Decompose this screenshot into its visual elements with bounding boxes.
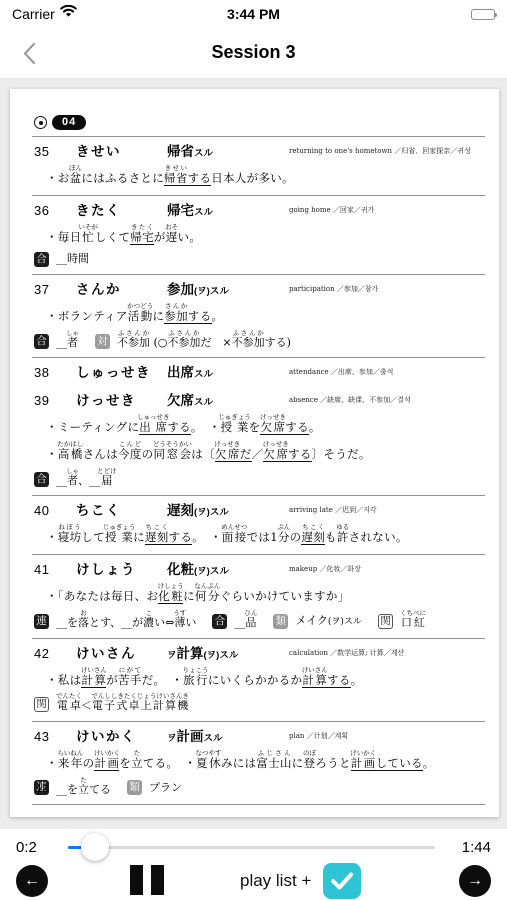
status-bar: Carrier 3:44 PM bbox=[0, 0, 507, 26]
vocab-entry: 42 けいさん ヲ計算(ヲ)スル calculation ／数学运算; 计算／계… bbox=[32, 638, 485, 721]
vocab-kana: けいさん bbox=[76, 644, 167, 663]
vocab-translation: participation ／参加／참가 bbox=[289, 280, 485, 294]
vocab-note: 関電卓でんたく＜電子式卓上計算機でんししきたくじょうけいさんき bbox=[32, 692, 485, 717]
vocab-term: 出席スル bbox=[167, 363, 213, 384]
vocab-kana: しゅっせき bbox=[76, 363, 167, 382]
vocab-term: ヲ計算(ヲ)スル bbox=[167, 644, 238, 665]
note-text: __者しゃ bbox=[56, 329, 79, 354]
checkmark-icon bbox=[330, 871, 354, 891]
note-badge-対: 対 bbox=[95, 334, 110, 349]
vocab-number: 36 bbox=[34, 201, 76, 220]
vocab-term: 遅刻(ヲ)スル bbox=[167, 501, 229, 522]
vocab-number: 43 bbox=[34, 727, 76, 746]
vocab-translation: arriving late ／迟到／지각 bbox=[289, 501, 485, 515]
battery-icon bbox=[471, 9, 495, 20]
playlist-checkbox[interactable] bbox=[323, 863, 361, 899]
note-text: 電卓でんたく＜電子式卓上計算機でんししきたくじょうけいさんき bbox=[56, 692, 189, 717]
vocab-example: ・「あなたは毎日、お化粧けしょうに何分なんぷんぐらいかけていますか」 bbox=[32, 582, 485, 609]
audio-disc-icon bbox=[34, 116, 47, 129]
vocab-translation: makeup ／化妆／화장 bbox=[289, 560, 485, 574]
page-number: 12 bbox=[36, 783, 48, 795]
wifi-icon bbox=[60, 5, 77, 23]
vocab-entry: 41 けしょう 化粧(ヲ)スル makeup ／化妆／화장・「あなたは毎日、お化… bbox=[32, 554, 485, 637]
vocab-note: 連__を落おとす、__が濃こい⇔薄うすい合__品ひん類メイク(ヲ)スル関口紅くち… bbox=[32, 609, 485, 634]
note-badge-合: 合 bbox=[34, 334, 49, 349]
note-text: メイク(ヲ)スル bbox=[295, 611, 362, 632]
vocab-translation: going home ／回家／귀가 bbox=[289, 201, 485, 215]
total-time: 1:44 bbox=[443, 839, 491, 856]
clock: 3:44 PM bbox=[132, 6, 375, 22]
chevron-left-icon bbox=[23, 42, 36, 65]
note-text: __品ひん bbox=[234, 609, 257, 634]
pause-button[interactable] bbox=[130, 865, 168, 895]
vocab-example: ・毎日忙いそがしくて帰宅きたくが遅おそい。 bbox=[32, 223, 485, 250]
vocab-list: 35 きせい 帰省スル returning to one's hometown … bbox=[32, 136, 485, 805]
controls-row: ← play list + → bbox=[0, 863, 507, 900]
vocab-head: 35 きせい 帰省スル returning to one's hometown … bbox=[32, 140, 485, 164]
content-area: 04 35 きせい 帰省スル returning to one's hometo… bbox=[0, 79, 507, 829]
next-track-button[interactable]: → bbox=[459, 865, 491, 897]
note-text: __を落おとす、__が濃こい⇔薄うすい bbox=[56, 609, 196, 634]
playlist-group: play list + bbox=[240, 863, 361, 899]
vocab-head: 38 しゅっせき 出席スル attendance ／出席、参加／출석 bbox=[32, 361, 485, 385]
vocab-head: 39 けっせき 欠席スル absence ／缺席、缺课、不参加／결석 bbox=[32, 389, 485, 413]
vocab-head: 41 けしょう 化粧(ヲ)スル makeup ／化妆／화장 bbox=[32, 558, 485, 582]
pause-icon bbox=[130, 865, 143, 895]
note-text: __時間 bbox=[56, 249, 89, 270]
vocab-entry: 38 しゅっせき 出席スル attendance ／出席、参加／출석 bbox=[32, 357, 485, 389]
vocab-translation: attendance ／出席、参加／출석 bbox=[289, 363, 485, 377]
vocab-entry: 39 けっせき 欠席スル absence ／缺席、缺课、不参加／결석・ミーティン… bbox=[32, 389, 485, 495]
nav-bar: Session 3 bbox=[0, 26, 507, 79]
vocab-entry: 43 けいかく ヲ計画スル plan ／计划／계획・来年らいねんの計画けいかくを… bbox=[32, 721, 485, 804]
vocab-note: 合__者しゃ対不参加ふさんか (○不参加ふさんかだ ×不参加ふさんかする) bbox=[32, 329, 485, 354]
vocab-term: 帰宅スル bbox=[167, 201, 213, 222]
vocab-example: ・寝坊ねぼうして授業じゅぎょうに遅刻ちこくする。 ・面接めんせつでは1分ぷんの遅… bbox=[32, 523, 485, 550]
page-title: Session 3 bbox=[211, 42, 295, 63]
vocab-entry: 40 ちこく 遅刻(ヲ)スル arriving late ／迟到／지각・寝坊ねぼ… bbox=[32, 495, 485, 554]
vocab-number: 41 bbox=[34, 560, 76, 579]
vocab-kana: さんか bbox=[76, 280, 167, 299]
vocab-kana: ちこく bbox=[76, 501, 167, 520]
note-badge-関: 関 bbox=[34, 697, 49, 712]
vocab-example: ・私は計算けいさんが苦手にがてだ。 ・旅行りょこうにいくらかかるか計算けいさんす… bbox=[32, 666, 485, 693]
vocab-entry: 36 きたく 帰宅スル going home ／回家／귀가・毎日忙いそがしくて帰… bbox=[32, 195, 485, 274]
vocab-head: 40 ちこく 遅刻(ヲ)スル arriving late ／迟到／지각 bbox=[32, 499, 485, 523]
vocab-note: 合__者しゃ、__届とどけ bbox=[32, 467, 485, 492]
note-text: 不参加ふさんか (○不参加ふさんかだ ×不参加ふさんかする) bbox=[117, 329, 291, 354]
vocab-note: 連__を立たてる類プラン bbox=[32, 776, 485, 801]
vocab-head: 37 さんか 参加(ヲ)スル participation ／参加／참가 bbox=[32, 278, 485, 302]
progress-slider[interactable] bbox=[68, 846, 435, 849]
vocab-number: 37 bbox=[34, 280, 76, 299]
vocab-head: 43 けいかく ヲ計画スル plan ／计划／계획 bbox=[32, 725, 485, 749]
audio-player: 0:2 1:44 ← play list + → bbox=[0, 829, 507, 900]
vocab-number: 38 bbox=[34, 363, 76, 382]
vocab-translation: plan ／计划／계획 bbox=[289, 727, 485, 741]
vocab-term: ヲ計画スル bbox=[167, 727, 223, 748]
slider-thumb[interactable] bbox=[81, 833, 109, 861]
note-text: 口紅くちべに bbox=[400, 609, 426, 634]
note-text: プラン bbox=[149, 778, 182, 799]
vocab-translation: calculation ／数学运算; 计算／계산 bbox=[289, 644, 485, 658]
previous-track-button[interactable]: ← bbox=[16, 865, 48, 897]
vocab-number: 42 bbox=[34, 644, 76, 663]
vocab-number: 40 bbox=[34, 501, 76, 520]
vocab-number: 39 bbox=[34, 391, 76, 410]
playlist-label: play list + bbox=[240, 871, 311, 891]
vocab-term: 参加(ヲ)スル bbox=[167, 280, 229, 301]
vocab-example: ・来年らいねんの計画けいかくを立たてる。 ・夏休なつやすみには富士山ふじさんに登… bbox=[32, 749, 485, 776]
vocab-translation: absence ／缺席、缺课、不参加／결석 bbox=[289, 391, 485, 405]
vocab-kana: きたく bbox=[76, 201, 167, 220]
vocab-example: ・ミーティングに出席しゅっせきする。 ・授業じゅぎょうを欠席けっせきする。 bbox=[32, 413, 485, 440]
vocab-example: ・高橋たかはしさんは今度こんどの同窓会どうそうかいは〔欠席けっせきだ／欠席けっせ… bbox=[32, 440, 485, 467]
back-button[interactable] bbox=[14, 38, 44, 68]
vocab-entry: 37 さんか 参加(ヲ)スル participation ／参加／참가・ボランテ… bbox=[32, 274, 485, 357]
track-number-badge: 04 bbox=[52, 115, 86, 130]
vocab-kana: きせい bbox=[76, 142, 167, 161]
note-badge-合: 合 bbox=[34, 472, 49, 487]
arrow-right-icon: → bbox=[467, 872, 483, 890]
vocab-number: 35 bbox=[34, 142, 76, 161]
note-badge-類: 類 bbox=[273, 614, 288, 629]
arrow-left-icon: ← bbox=[24, 872, 40, 890]
pause-icon bbox=[151, 865, 164, 895]
vocab-translation: returning to one's hometown ／归省、回家探亲／귀성 bbox=[289, 142, 485, 156]
note-badge-連: 連 bbox=[34, 614, 49, 629]
vocab-term: 欠席スル bbox=[167, 391, 213, 412]
scanned-page: 04 35 きせい 帰省スル returning to one's hometo… bbox=[10, 89, 499, 817]
vocab-entry: 35 きせい 帰省スル returning to one's hometown … bbox=[32, 136, 485, 195]
elapsed-time: 0:2 bbox=[16, 839, 60, 856]
carrier-label: Carrier bbox=[12, 6, 55, 22]
vocab-term: 化粧(ヲ)スル bbox=[167, 560, 229, 581]
note-text: __者しゃ、__届とどけ bbox=[56, 467, 117, 492]
vocab-note: 合__時間 bbox=[32, 249, 485, 270]
audio-track-marker: 04 bbox=[34, 115, 485, 130]
vocab-example: ・ボランティア活動かつどうに参加さんかする。 bbox=[32, 302, 485, 329]
note-badge-類: 類 bbox=[127, 780, 142, 795]
note-badge-関: 関 bbox=[378, 614, 393, 629]
vocab-head: 42 けいさん ヲ計算(ヲ)スル calculation ／数学运算; 计算／계… bbox=[32, 642, 485, 666]
vocab-head: 36 きたく 帰宅スル going home ／回家／귀가 bbox=[32, 199, 485, 223]
vocab-kana: けいかく bbox=[76, 727, 167, 746]
vocab-kana: けしょう bbox=[76, 560, 167, 579]
note-badge-合: 合 bbox=[212, 614, 227, 629]
vocab-kana: けっせき bbox=[76, 391, 167, 410]
progress-row: 0:2 1:44 bbox=[0, 829, 507, 863]
note-badge-合: 合 bbox=[34, 252, 49, 267]
note-text: __を立たてる bbox=[56, 776, 111, 801]
vocab-term: 帰省スル bbox=[167, 142, 213, 163]
vocab-example: ・お盆ぼんにはふるさとに帰省きせいする日本人が多い。 bbox=[32, 164, 485, 191]
